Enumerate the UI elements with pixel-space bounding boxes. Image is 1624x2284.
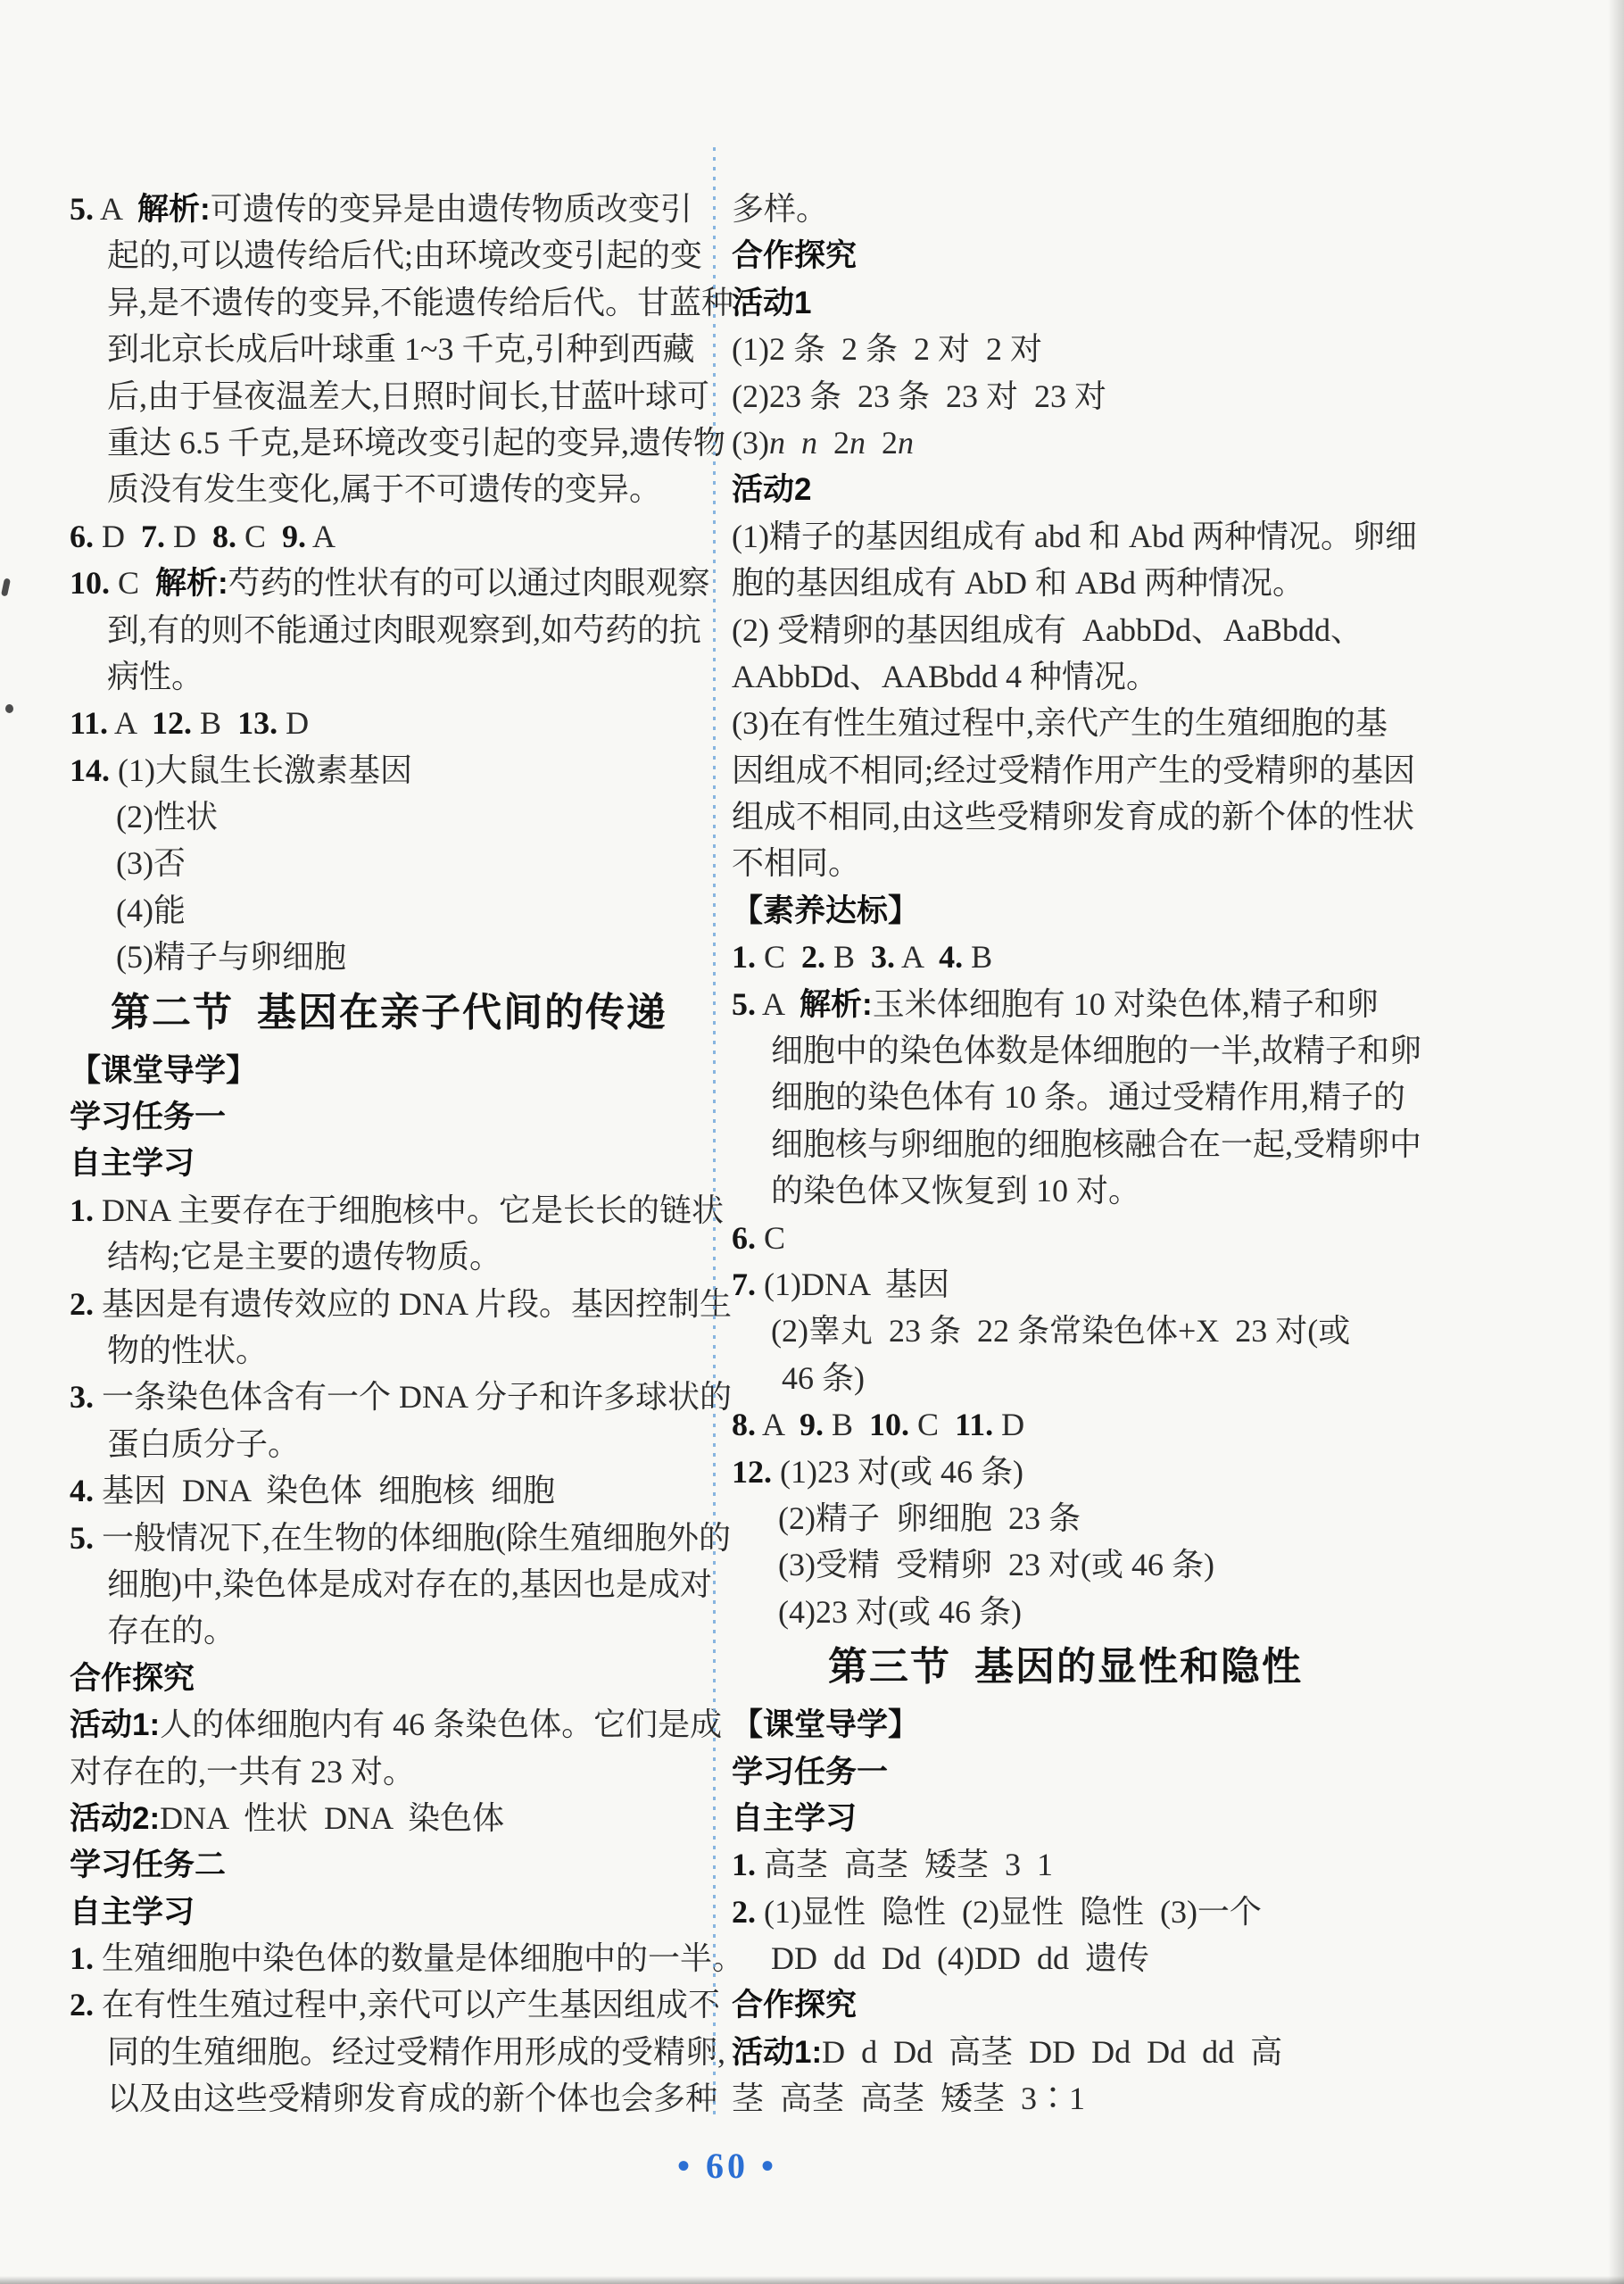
text-run: B	[963, 939, 992, 975]
text-line: (2)睾丸 23 条 22 条常染色体+X 23 对(或	[732, 1308, 1399, 1354]
text-line: 活动1:D d Dd 高茎 DD Dd Dd dd 高	[732, 2029, 1399, 2075]
text-run: 学习任务一	[70, 1100, 226, 1134]
text-run: 活动1:	[70, 1707, 160, 1742]
text-line: 重达 6.5 千克,是环境改变引起的变异,遗传物	[70, 419, 708, 466]
text-line: (2)性状	[70, 793, 708, 840]
text-run: 12.	[152, 705, 192, 741]
text-run: 细胞的染色体有 10 条。通过受精作用,精子的	[771, 1079, 1405, 1115]
section-title: 第二节 基因在亲子代间的传递	[70, 986, 708, 1040]
text-line: 学习任务一	[70, 1093, 708, 1140]
text-run: 茎 高茎 高茎 矮茎 3∶1	[732, 2081, 1085, 2116]
text-line: 异,是不遗传的变异,不能遗传给后代。甘蓝种	[70, 279, 708, 326]
text-line: 胞的基因组成有 AbD 和 ABd 两种情况。	[732, 560, 1399, 606]
text-line: 合作探究	[732, 232, 1399, 278]
text-line: 自主学习	[70, 1140, 708, 1186]
text-run: 结构;它是主要的遗传物质。	[107, 1239, 501, 1275]
text-run: D	[94, 519, 141, 554]
text-run: 5.	[732, 986, 756, 1022]
text-run: 10.	[869, 1407, 909, 1442]
right-column: 多样。合作探究活动1(1)2 条 2 条 2 对 2 对(2)23 条 23 条…	[732, 186, 1399, 2122]
text-run: 第二节 基因在亲子代间的传递	[111, 991, 667, 1034]
text-run: (1)2 条 2 条 2 对 2 对	[732, 331, 1042, 367]
text-run: 组成不相同,由这些受精卵发育成的新个体的性状	[732, 799, 1414, 835]
text-line: 细胞的染色体有 10 条。通过受精作用,精子的	[732, 1074, 1399, 1120]
text-run: 以及由这些受精卵发育成的新个体也会多种	[107, 2081, 717, 2116]
text-run: 7.	[141, 519, 165, 554]
text-line: (2)23 条 23 条 23 对 23 对	[732, 373, 1399, 419]
text-run: A	[895, 939, 939, 975]
text-run: 自主学习	[732, 1801, 857, 1836]
text-line: 【课堂导学】	[70, 1047, 708, 1093]
text-run: 6.	[70, 519, 94, 554]
text-run: C	[756, 1220, 785, 1256]
text-run: 自主学习	[70, 1895, 195, 1930]
text-run: 4.	[939, 939, 963, 975]
text-line: 5. A 解析:可遗传的变异是由遗传物质改变引	[70, 186, 708, 232]
text-run: (3)在有性生殖过程中,亲代产生的生殖细胞的基	[732, 705, 1388, 741]
text-line: 茎 高茎 高茎 矮茎 3∶1	[732, 2075, 1399, 2122]
text-run: 不相同。	[732, 845, 860, 881]
text-run: 【素养达标】	[732, 893, 919, 928]
text-run: A	[306, 519, 336, 554]
text-run: 学习任务二	[70, 1848, 226, 1882]
text-run: (2)23 条 23 条 23 对 23 对	[732, 378, 1106, 414]
text-line: 12. (1)23 对(或 46 条)	[732, 1449, 1399, 1495]
text-run: C	[909, 1407, 955, 1442]
text-run: B	[824, 1407, 869, 1442]
text-line: 蛋白质分子。	[70, 1421, 708, 1467]
text-line: 物的性状。	[70, 1327, 708, 1374]
text-line: (4)23 对(或 46 条)	[732, 1589, 1399, 1635]
text-line: 11. A 12. B 13. D	[70, 700, 708, 746]
text-run: 基因是有遗传效应的 DNA 片段。基因控制生	[94, 1286, 732, 1322]
text-line: 1. DNA 主要存在于细胞核中。它是长长的链状	[70, 1187, 708, 1233]
text-run: 解析:	[155, 566, 228, 601]
column-divider	[713, 147, 716, 2115]
text-line: (2) 受精卵的基因组成有 AabbDd、AaBbdd、	[732, 607, 1399, 653]
text-line: 学习任务二	[70, 1841, 708, 1888]
text-line: 1. 生殖细胞中染色体的数量是体细胞中的一半。	[70, 1935, 708, 1981]
text-run: (2)睾丸 23 条 22 条常染色体+X 23 对(或	[771, 1313, 1350, 1349]
text-run: (3)	[732, 425, 769, 461]
text-line: 2. 基因是有遗传效应的 DNA 片段。基因控制生	[70, 1281, 708, 1327]
text-run: C	[110, 565, 155, 601]
text-run: 基因 DNA 染色体 细胞核 细胞	[94, 1473, 555, 1508]
text-run: 一般情况下,在生物的体细胞(除生殖细胞外的	[94, 1520, 731, 1556]
text-run: 3.	[70, 1379, 94, 1415]
text-run: 合作探究	[732, 238, 857, 273]
text-line: 3. 一条染色体含有一个 DNA 分子和许多球状的	[70, 1374, 708, 1420]
text-run: C	[756, 939, 801, 975]
scan-artifact-mark	[1, 577, 11, 596]
text-run: 生殖细胞中染色体的数量是体细胞中的一半。	[94, 1940, 744, 1976]
text-line: 不相同。	[732, 840, 1399, 886]
text-run: (3)否	[116, 845, 186, 881]
text-run: 11.	[955, 1407, 993, 1442]
text-run: (4)23 对(或 46 条)	[778, 1594, 1022, 1630]
text-run: 病性。	[107, 659, 203, 694]
text-run: D d Dd 高茎 DD Dd Dd dd 高	[822, 2034, 1282, 2070]
text-run: 10.	[70, 565, 110, 601]
text-line: 8. A 9. B 10. C 11. D	[732, 1401, 1399, 1448]
text-run: (1)23 对(或 46 条)	[772, 1454, 1023, 1490]
text-run: 自主学习	[70, 1146, 195, 1181]
scan-edge-shadow-right	[1608, 0, 1624, 2284]
page-number: • 60 •	[620, 2146, 834, 2187]
text-run: D	[278, 705, 309, 741]
text-run: 到,有的则不能通过肉眼观察到,如芍药的抗	[107, 612, 701, 648]
scan-artifact-dot	[5, 704, 13, 713]
text-run: 细胞中的染色体数是体细胞的一半,故精子和卵	[771, 1033, 1421, 1068]
text-run: 物的性状。	[107, 1333, 268, 1368]
text-line: 活动1	[732, 279, 1399, 326]
text-run: 2	[817, 425, 849, 461]
text-run: 质没有发生变化,属于不可遗传的变异。	[107, 471, 661, 507]
text-run: D	[165, 519, 212, 554]
text-line: (1)精子的基因组成有 abd 和 Abd 两种情况。卵细	[732, 513, 1399, 560]
text-run: (2)精子 卵细胞 23 条	[778, 1500, 1081, 1536]
text-run: 1.	[732, 1847, 756, 1882]
text-run: A	[94, 191, 137, 227]
text-run: 2	[866, 425, 898, 461]
text-line: 7. (1)DNA 基因	[732, 1261, 1399, 1308]
text-line: (3)否	[70, 840, 708, 886]
text-run: n	[801, 425, 817, 461]
text-run: (5)精子与卵细胞	[116, 939, 346, 975]
text-run: (4)能	[116, 893, 186, 928]
text-line: (1)2 条 2 条 2 对 2 对	[732, 326, 1399, 372]
text-line: 6. C	[732, 1215, 1399, 1261]
text-run: 7.	[732, 1267, 756, 1302]
text-run: 1.	[732, 939, 756, 975]
text-line: 同的生殖细胞。经过受精作用形成的受精卵,	[70, 2029, 708, 2075]
text-line: 后,由于昼夜温差大,日照时间长,甘蓝叶球可	[70, 373, 708, 419]
text-run: 46 条)	[782, 1360, 865, 1396]
text-line: (3)n n 2n 2n	[732, 419, 1399, 466]
text-run: 4.	[70, 1473, 94, 1508]
text-run: 2.	[732, 1894, 756, 1930]
text-run: 合作探究	[732, 1988, 857, 2022]
text-line: (3)受精 受精卵 23 对(或 46 条)	[732, 1541, 1399, 1588]
text-run: 合作探究	[70, 1661, 195, 1696]
text-run: 9.	[800, 1407, 824, 1442]
text-run: 活动1	[732, 286, 811, 320]
text-line: 14. (1)大鼠生长激素基因	[70, 747, 708, 793]
text-run: 对存在的,一共有 23 对。	[70, 1754, 415, 1790]
text-run	[785, 425, 801, 461]
text-run: 5.	[70, 1520, 94, 1556]
text-run: 【课堂导学】	[70, 1053, 257, 1088]
text-run: 1.	[70, 1192, 94, 1228]
text-line: 合作探究	[70, 1655, 708, 1701]
text-line: DD dd Dd (4)DD dd 遗传	[732, 1935, 1399, 1981]
text-run: DNA 性状 DNA 染色体	[160, 1800, 504, 1836]
text-line: AAbbDd、AABbdd 4 种情况。	[732, 653, 1399, 700]
text-run: 【课堂导学】	[732, 1707, 919, 1742]
text-line: 5. 一般情况下,在生物的体细胞(除生殖细胞外的	[70, 1515, 708, 1561]
text-run: 存在的。	[107, 1613, 236, 1649]
text-run: 2.	[70, 1286, 94, 1322]
text-line: 病性。	[70, 653, 708, 700]
text-run: 蛋白质分子。	[107, 1426, 300, 1462]
text-run: (3)受精 受精卵 23 对(或 46 条)	[778, 1547, 1214, 1582]
text-run: 起的,可以遗传给后代;由环境改变引起的变	[107, 237, 702, 273]
text-run: 11.	[70, 705, 108, 741]
text-run: (1)显性 隐性 (2)显性 隐性 (3)一个	[756, 1894, 1262, 1930]
text-run: 9.	[282, 519, 306, 554]
text-run: 细胞核与卵细胞的细胞核融合在一起,受精卵中	[771, 1126, 1421, 1162]
text-line: 合作探究	[732, 1981, 1399, 2028]
text-run: 解析:	[137, 192, 211, 227]
text-run: 1.	[70, 1940, 94, 1976]
text-run: n	[769, 425, 785, 461]
scan-edge-shadow-bottom	[0, 2276, 1624, 2284]
text-line: 4. 基因 DNA 染色体 细胞核 细胞	[70, 1467, 708, 1514]
text-run: DNA 主要存在于细胞核中。它是长长的链状	[94, 1192, 724, 1228]
text-run: 胞的基因组成有 AbD 和 ABd 两种情况。	[732, 565, 1305, 601]
text-run: D	[993, 1407, 1024, 1442]
text-line: 46 条)	[732, 1355, 1399, 1401]
text-line: (3)在有性生殖过程中,亲代产生的生殖细胞的基	[732, 700, 1399, 746]
text-run: 异,是不遗传的变异,不能遗传给后代。甘蓝种	[107, 285, 733, 320]
text-run: 活动2:	[70, 1801, 160, 1836]
text-run: 到北京长成后叶球重 1~3 千克,引种到西藏	[107, 331, 694, 367]
text-run: DD dd Dd (4)DD dd 遗传	[771, 1940, 1149, 1976]
text-run: 的染色体又恢复到 10 对。	[771, 1173, 1140, 1208]
text-line: 10. C 解析:芍药的性状有的可以通过肉眼观察	[70, 560, 708, 606]
text-line: 自主学习	[732, 1795, 1399, 1841]
text-run: 6.	[732, 1220, 756, 1256]
text-run: A	[756, 1407, 800, 1442]
text-line: 对存在的,一共有 23 对。	[70, 1748, 708, 1795]
text-line: 细胞中的染色体数是体细胞的一半,故精子和卵	[732, 1027, 1399, 1074]
text-run: 14.	[70, 752, 110, 788]
text-run: 解析:	[800, 987, 873, 1022]
text-line: 到,有的则不能通过肉眼观察到,如芍药的抗	[70, 607, 708, 653]
text-run: n	[898, 425, 914, 461]
text-run: 同的生殖细胞。经过受精作用形成的受精卵,	[107, 2034, 725, 2070]
text-run: 2.	[70, 1987, 94, 2022]
text-run: 活动2	[732, 472, 811, 507]
text-run: 活动1:	[732, 2035, 822, 2070]
text-run: 第三节 基因的显性和隐性	[828, 1645, 1303, 1689]
text-line: 自主学习	[70, 1889, 708, 1935]
text-run: 人的体细胞内有 46 条染色体。它们是成	[160, 1707, 722, 1742]
scanned-answer-page: 5. A 解析:可遗传的变异是由遗传物质改变引起的,可以遗传给后代;由环境改变引…	[0, 0, 1624, 2284]
text-run: 学习任务一	[732, 1755, 888, 1790]
text-line: 【素养达标】	[732, 887, 1399, 934]
text-run: 玉米体细胞有 10 对染色体,精子和卵	[873, 986, 1379, 1022]
text-line: (5)精子与卵细胞	[70, 934, 708, 980]
text-run: 一条染色体含有一个 DNA 分子和许多球状的	[94, 1379, 732, 1415]
text-run: (1)DNA 基因	[756, 1267, 949, 1302]
text-run: A	[756, 986, 800, 1022]
text-line: 2. 在有性生殖过程中,亲代可以产生基因组成不	[70, 1981, 708, 2028]
text-run: 高茎 高茎 矮茎 3 1	[756, 1847, 1053, 1882]
text-line: 以及由这些受精卵发育成的新个体也会多种	[70, 2075, 708, 2122]
text-line: 多样。	[732, 186, 1399, 232]
text-run: 重达 6.5 千克,是环境改变引起的变异,遗传物	[107, 425, 725, 461]
left-column: 5. A 解析:可遗传的变异是由遗传物质改变引起的,可以遗传给后代;由环境改变引…	[70, 186, 708, 2122]
text-line: 组成不相同,由这些受精卵发育成的新个体的性状	[732, 793, 1399, 840]
text-run: 芍药的性状有的可以通过肉眼观察	[228, 565, 710, 601]
text-line: 活动1:人的体细胞内有 46 条染色体。它们是成	[70, 1701, 708, 1748]
text-run: 多样。	[732, 191, 828, 227]
text-run: (2)性状	[116, 799, 218, 835]
text-run: (1)精子的基因组成有 abd 和 Abd 两种情况。卵细	[732, 519, 1417, 554]
text-line: 起的,可以遗传给后代;由环境改变引起的变	[70, 232, 708, 278]
text-line: (2)精子 卵细胞 23 条	[732, 1495, 1399, 1541]
text-run: 8.	[732, 1407, 756, 1442]
text-line: 1. 高茎 高茎 矮茎 3 1	[732, 1841, 1399, 1888]
text-run: 因组成不相同;经过受精作用产生的受精卵的基因	[732, 752, 1415, 788]
text-run: 在有性生殖过程中,亲代可以产生基因组成不	[94, 1987, 720, 2022]
text-line: 活动2	[732, 466, 1399, 512]
text-line: 到北京长成后叶球重 1~3 千克,引种到西藏	[70, 326, 708, 372]
text-run: (2) 受精卵的基因组成有 AabbDd、AaBbdd、	[732, 612, 1363, 648]
text-line: 5. A 解析:玉米体细胞有 10 对染色体,精子和卵	[732, 981, 1399, 1027]
text-run: 细胞)中,染色体是成对存在的,基因也是成对	[107, 1566, 712, 1602]
text-run: 2.	[801, 939, 825, 975]
text-line: 活动2:DNA 性状 DNA 染色体	[70, 1795, 708, 1841]
text-run: 5.	[70, 191, 94, 227]
text-line: 质没有发生变化,属于不可遗传的变异。	[70, 466, 708, 512]
text-run: C	[236, 519, 282, 554]
text-run: (1)大鼠生长激素基因	[110, 752, 412, 788]
text-line: 6. D 7. D 8. C 9. A	[70, 513, 708, 560]
text-run: AAbbDd、AABbdd 4 种情况。	[732, 659, 1158, 694]
text-run: B	[825, 939, 871, 975]
text-run: A	[108, 705, 152, 741]
text-line: 学习任务一	[732, 1748, 1399, 1795]
text-run: 13.	[237, 705, 278, 741]
text-line: 细胞)中,染色体是成对存在的,基因也是成对	[70, 1561, 708, 1607]
text-run: 8.	[212, 519, 236, 554]
text-run: 可遗传的变异是由遗传物质改变引	[211, 191, 692, 227]
text-line: 存在的。	[70, 1607, 708, 1654]
text-line: 因组成不相同;经过受精作用产生的受精卵的基因	[732, 747, 1399, 793]
text-run: 后,由于昼夜温差大,日照时间长,甘蓝叶球可	[107, 378, 709, 414]
text-run: 12.	[732, 1454, 772, 1490]
section-title: 第三节 基因的显性和隐性	[732, 1640, 1399, 1694]
text-line: 1. C 2. B 3. A 4. B	[732, 934, 1399, 980]
text-line: 2. (1)显性 隐性 (2)显性 隐性 (3)一个	[732, 1889, 1399, 1935]
text-run: 3.	[871, 939, 895, 975]
text-run: n	[849, 425, 866, 461]
text-line: (4)能	[70, 887, 708, 934]
text-line: 的染色体又恢复到 10 对。	[732, 1167, 1399, 1214]
text-line: 细胞核与卵细胞的细胞核融合在一起,受精卵中	[732, 1121, 1399, 1167]
text-line: 【课堂导学】	[732, 1701, 1399, 1748]
text-line: 结构;它是主要的遗传物质。	[70, 1233, 708, 1280]
text-run: B	[192, 705, 237, 741]
